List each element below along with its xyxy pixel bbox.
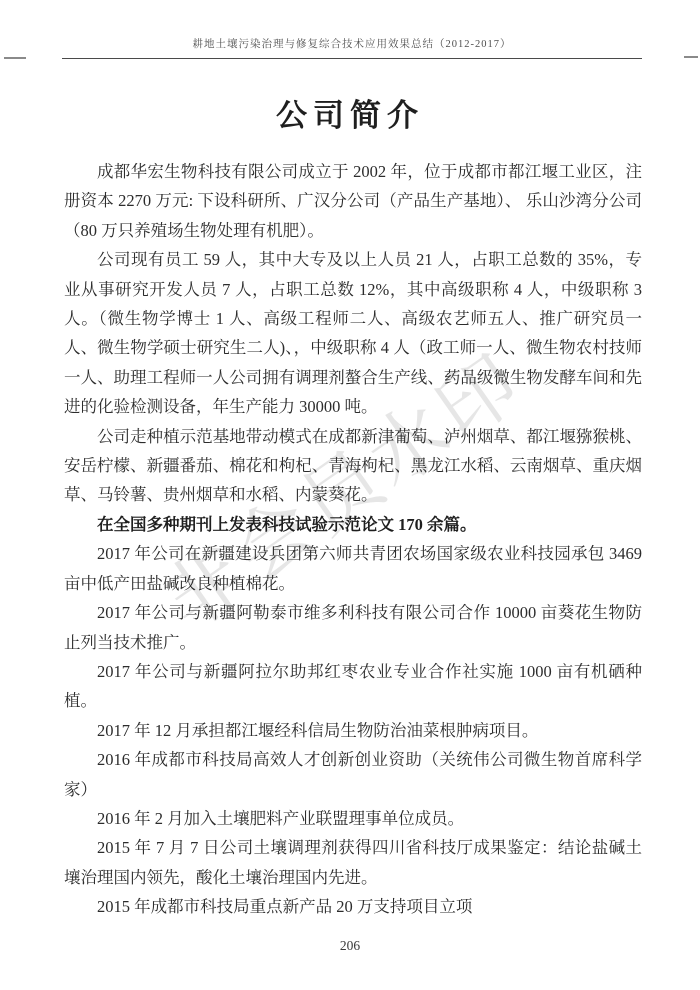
- paragraph: 公司现有员工 59 人，其中大专及以上人员 21 人，占职工总数的 35%，专业…: [64, 245, 642, 421]
- scan-edge-artifact-right: [684, 56, 698, 58]
- paragraph: 成都华宏生物科技有限公司成立于 2002 年，位于成都市都江堰工业区，注册资本 …: [64, 157, 642, 245]
- paragraph: 在全国多种期刊上发表科技试验示范论文 170 余篇。: [64, 510, 642, 539]
- paragraph: 2017 年 12 月承担都江堰经科信局生物防治油菜根肿病项目。: [64, 716, 642, 745]
- page-header-running-title: 耕地土壤污染治理与修复综合技术应用效果总结（2012-2017）: [62, 36, 642, 59]
- paragraph: 2017 年公司与新疆阿拉尔助邦红枣农业专业合作社实施 1000 亩有机硒种植。: [64, 657, 642, 716]
- paragraph: 2015 年成都市科技局重点新产品 20 万支持项目立项: [64, 892, 642, 921]
- document-body: 成都华宏生物科技有限公司成立于 2002 年，位于成都市都江堰工业区，注册资本 …: [64, 157, 642, 922]
- page-number: 206: [0, 938, 700, 954]
- document-page: 耕地土壤污染治理与修复综合技术应用效果总结（2012-2017） 公司简介 非会…: [0, 0, 700, 990]
- page-title: 公司简介: [0, 90, 700, 135]
- paragraph: 公司走种植示范基地带动模式在成都新津葡萄、泸州烟草、都江堰猕猴桃、安岳柠檬、新疆…: [64, 422, 642, 510]
- paragraph: 2016 年 2 月加入土壤肥料产业联盟理事单位成员。: [64, 804, 642, 833]
- paragraph: 2016 年成都市科技局高效人才创新创业资助（关统伟公司微生物首席科学家）: [64, 745, 642, 804]
- scan-edge-artifact-left: [4, 57, 26, 59]
- paragraph: 2017 年公司与新疆阿勒泰市维多利科技有限公司合作 10000 亩葵花生物防止…: [64, 598, 642, 657]
- paragraph: 2017 年公司在新疆建设兵团第六师共青团农场国家级农业科技园承包 3469 亩…: [64, 539, 642, 598]
- paragraph: 2015 年 7 月 7 日公司土壤调理剂获得四川省科技厅成果鉴定：结论盐碱土壤…: [64, 833, 642, 892]
